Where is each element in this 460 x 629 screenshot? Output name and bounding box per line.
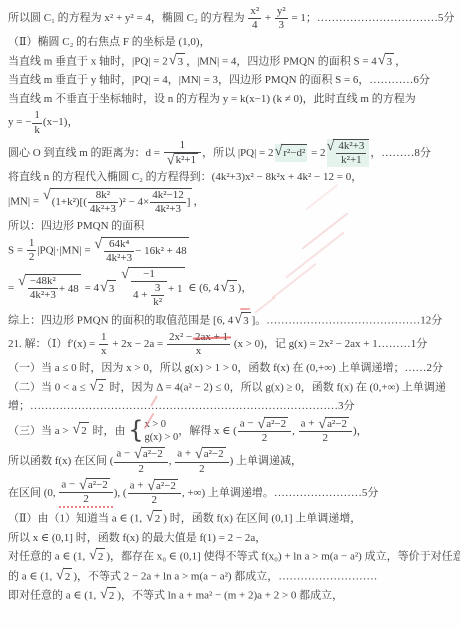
sqrt-radical: √a²−2: [257, 417, 288, 431]
radicand: a²−2: [202, 447, 226, 461]
sqrt-radical: √3: [378, 53, 394, 71]
fraction: y²3: [275, 5, 288, 32]
fraction-denominator: 4: [248, 19, 261, 32]
radicand: 3: [107, 280, 117, 298]
fraction-numerator: a + √a²−2: [175, 447, 228, 462]
fraction: 64k⁴4k²+3: [104, 238, 134, 265]
line-21: （Ⅱ）由（1）知道当 a ∈ (1, √2) 时，函数 f(x) 在区间 (0,…: [8, 509, 458, 529]
math-content: 所以圆 C₁ 的方程为 x² + y² = 4，椭圆 C₂ 的方程为 x²4 +…: [8, 4, 458, 606]
fraction-denominator: 2: [299, 432, 352, 445]
fraction-numerator: 4k²+3: [336, 140, 366, 154]
sqrt-radical: √2: [89, 379, 105, 397]
sqrt-radical: √4k²+3k²+1: [327, 139, 370, 167]
line-6: y = −1k(x−1)，: [8, 108, 458, 137]
radicand: 2: [96, 548, 106, 566]
fraction-numerator: 3: [151, 282, 164, 296]
fraction-denominator: 4k²+3: [104, 252, 134, 265]
fraction-numerator: −1: [131, 268, 167, 282]
fraction-denominator: 4k²+3: [88, 203, 118, 216]
radicand: a²−2: [325, 417, 349, 431]
fraction-numerator: a + √a²−2: [128, 479, 181, 494]
fraction-denominator: 2: [238, 432, 291, 445]
radicand: 2: [96, 379, 106, 397]
radicand: a²−2: [86, 478, 110, 492]
sqrt-radical: √a²−2: [318, 417, 349, 431]
radicand: 3: [176, 53, 186, 71]
sqrt-radical: √64k⁴4k²+3 − 16k² + 48: [94, 237, 188, 265]
fraction: −14 + 3k²: [131, 268, 167, 310]
line-13: 综上：四边形 PMQN 的面积的取值范围是 [6, 4√3]。…………………………: [8, 311, 458, 331]
radicand: 2: [63, 568, 73, 586]
fraction: 1k: [32, 109, 42, 136]
sqrt-radical: √2: [146, 510, 162, 528]
fraction: x²4: [248, 5, 261, 32]
sqrt-radical: √r²−d²: [275, 144, 308, 162]
fraction: a + √a²−22: [128, 479, 181, 507]
fraction: 8k²4k²+3: [88, 189, 118, 216]
fraction-denominator: 4k²+3: [28, 289, 58, 302]
radicand: a²−2: [154, 479, 178, 493]
fraction-numerator: 4k²−12: [150, 189, 186, 203]
sqrt-radical: √3: [169, 53, 185, 71]
line-19: 所以函数 f(x) 在区间 (a − √a²−22, a + √a²−22) 上…: [8, 446, 458, 476]
fraction-denominator: 2: [59, 493, 112, 506]
sqrt-radical: √a²−2: [195, 447, 226, 461]
fraction-denominator: 2: [128, 494, 181, 507]
fraction-denominator: x: [167, 345, 230, 358]
radicand: a²−2: [141, 447, 165, 461]
fraction-denominator: 2: [175, 463, 228, 476]
fraction-denominator: k: [32, 124, 42, 137]
radicand: −48k²4k²+3 + 48: [25, 274, 81, 302]
line-1: 所以圆 C₁ 的方程为 x² + y² = 4，椭圆 C₂ 的方程为 x²4 +…: [8, 4, 458, 33]
line-7: 圆心 O 到直线 m 的距离为：d = 1√k²+1，所以 |PQ| = 2√r…: [8, 138, 458, 168]
line-9: |MN| = √(1+k²)[(8k²4k²+3)² − 4×4k²−124k²…: [8, 187, 458, 217]
radicand: −14 + 3k² + 1: [128, 267, 185, 310]
sqrt-radical: √2: [89, 548, 105, 566]
line-18: （三）当 a > √2 时，由 {x > 0g(x) > 0，解得 x ∈ (a…: [8, 416, 458, 446]
line-10: 所以：四边形 PMQN 的面积: [8, 217, 458, 236]
fraction-denominator: x: [99, 345, 109, 358]
fraction-denominator: 3: [275, 19, 288, 32]
fraction-numerator: a − √a²−2: [59, 478, 112, 493]
fraction-numerator: 64k⁴: [104, 238, 134, 252]
fraction: −48k²4k²+3: [28, 275, 58, 302]
fraction: 2x² − 2ax + 1x: [167, 331, 230, 358]
left-brace-icon: {: [128, 420, 143, 442]
fraction-numerator: x²: [248, 5, 261, 19]
sqrt-radical: √3: [234, 312, 250, 330]
fraction: 4k²+3k²+1: [336, 140, 366, 167]
fraction-numerator: a + √a²−2: [299, 417, 352, 432]
sqrt-radical: √a²−2: [79, 478, 110, 492]
fraction: a − √a²−22: [59, 478, 112, 508]
fraction: 1x: [99, 331, 109, 358]
radicand: k²+1: [174, 153, 199, 167]
line-2: （Ⅱ）椭圆 C₂ 的右焦点 F 的坐标是 (1,0)，: [8, 33, 458, 52]
fraction-numerator: 1: [27, 237, 37, 251]
sqrt-radical: √k²+1: [167, 153, 198, 167]
sqrt-radical: √a²−2: [147, 479, 178, 493]
case-row: x > 0: [144, 418, 178, 432]
line-24: 的 a ∈ (1, √2)，不等式 2 − 2a + ln a > m(a − …: [8, 567, 458, 587]
line-14: 21. 解：（Ⅰ）f′(x) = 1x + 2x − 2a = 2x² − 2a…: [8, 330, 458, 359]
line-15: （一）当 a ≤ 0 时，因为 x > 0，所以 g(x) > 1 > 0，函数…: [8, 359, 458, 378]
fraction: a − √a²−22: [238, 417, 291, 445]
line-12: = √−48k²4k²+3 + 48 = 4√3 √−14 + 3k² + 1 …: [8, 266, 458, 311]
sqrt-radical: √2: [72, 422, 88, 440]
fraction-denominator: k²+1: [336, 154, 366, 167]
fraction-denominator: k²: [151, 296, 164, 309]
radicand: 3: [227, 280, 237, 298]
radicand: (1+k²)[(8k²4k²+3)² − 4×4k²−124k²+3]: [50, 188, 193, 216]
fraction-denominator: 4k²+3: [150, 203, 186, 216]
radicand: a²−2: [264, 417, 288, 431]
line-11: S = 12|PQ|·|MN| = √64k⁴4k²+3 − 16k² + 48: [8, 236, 458, 266]
fraction-numerator: a − √a²−2: [114, 447, 167, 462]
fraction-denominator: 4 + 3k²: [131, 282, 167, 309]
fraction: a + √a²−22: [175, 447, 228, 475]
line-16: （二）当 0 < a ≤ √2 时，因为 Δ = 4(a² − 2) ≤ 0，所…: [8, 378, 458, 398]
fraction-numerator: 2x² − 2ax + 1: [167, 331, 230, 345]
line-3: 当直线 m 垂直于 x 轴时，|PQ| = 2√3，|MN| = 4，四边形 P…: [8, 52, 458, 72]
fraction-denominator: 2: [27, 251, 37, 264]
sqrt-radical: √−48k²4k²+3 + 48: [18, 274, 81, 302]
fraction: 4k²−124k²+3: [150, 189, 186, 216]
red-pen-strike: 2ax + 1: [195, 331, 228, 343]
fraction-denominator: √k²+1: [164, 153, 201, 167]
document-page: 所以圆 C₁ 的方程为 x² + y² = 4，椭圆 C₂ 的方程为 x²4 +…: [0, 0, 460, 629]
cases-system: {x > 0g(x) > 0: [128, 418, 178, 445]
sqrt-radical: √−14 + 3k² + 1: [121, 267, 184, 310]
radicand: 2: [107, 587, 117, 605]
fraction: a − √a²−22: [114, 447, 167, 475]
radicand: 3: [385, 53, 395, 71]
fraction-numerator: 1: [32, 109, 42, 123]
fraction-numerator: −48k²: [28, 275, 58, 289]
cases-rows: x > 0g(x) > 0: [144, 418, 178, 445]
sqrt-radical: √2: [100, 587, 116, 605]
radicand: 2: [79, 422, 89, 440]
line-25: 即对任意的 a ∈ (1, √2)，不等式 ln a + ma² − (m + …: [8, 586, 458, 606]
fraction-numerator: a − √a²−2: [238, 417, 291, 432]
fraction-numerator: 1: [164, 139, 201, 153]
fraction: 12: [27, 237, 37, 264]
line-20: 在区间 (0, a − √a²−22), (a + √a²−22, +∞) 上单…: [8, 477, 458, 509]
radicand: 4k²+3k²+1: [333, 139, 369, 167]
radicand: 2: [153, 510, 163, 528]
fraction: 1√k²+1: [164, 139, 201, 167]
radicand: 3: [241, 312, 251, 330]
sqrt-radical: √3: [100, 280, 116, 298]
sqrt-radical: √3: [220, 280, 236, 298]
sqrt-radical: √(1+k²)[(8k²4k²+3)² − 4×4k²−124k²+3]: [43, 188, 193, 216]
sqrt-radical: √2: [56, 568, 72, 586]
line-5: 当直线 m 不垂直于坐标轴时，设 n 的方程为 y = k(x−1) (k ≠ …: [8, 90, 458, 109]
fraction-denominator: 2: [114, 463, 167, 476]
fraction-numerator: y²: [275, 5, 288, 19]
fraction-numerator: 1: [99, 331, 109, 345]
line-17: 增；…………………………………………………………………………3分: [8, 397, 458, 416]
line-22: 所以 x ∈ (0,1] 时，函数 f(x) 的最大值是 f(1) = 2 − …: [8, 529, 458, 548]
fraction: 3k²: [151, 282, 164, 309]
radicand: r²−d²: [281, 144, 307, 162]
radicand: 64k⁴4k²+3 − 16k² + 48: [101, 237, 188, 265]
line-4: 当直线 m 垂直于 y 轴时，|PQ| = 4，|MN| = 3，四边形 PMQ…: [8, 71, 458, 90]
case-row: g(x) > 0: [144, 431, 178, 445]
fraction: a + √a²−22: [299, 417, 352, 445]
line-23: 对任意的 a ∈ (1, √2)，都存在 x₀ ∈ (0,1] 使得不等式 f(…: [8, 547, 458, 567]
line-8: 将直线 n 的方程代入椭圆 C₂ 的方程得到：(4k²+3)x² − 8k²x …: [8, 168, 458, 187]
fraction-numerator: 8k²: [88, 189, 118, 203]
sqrt-radical: √a²−2: [134, 447, 165, 461]
